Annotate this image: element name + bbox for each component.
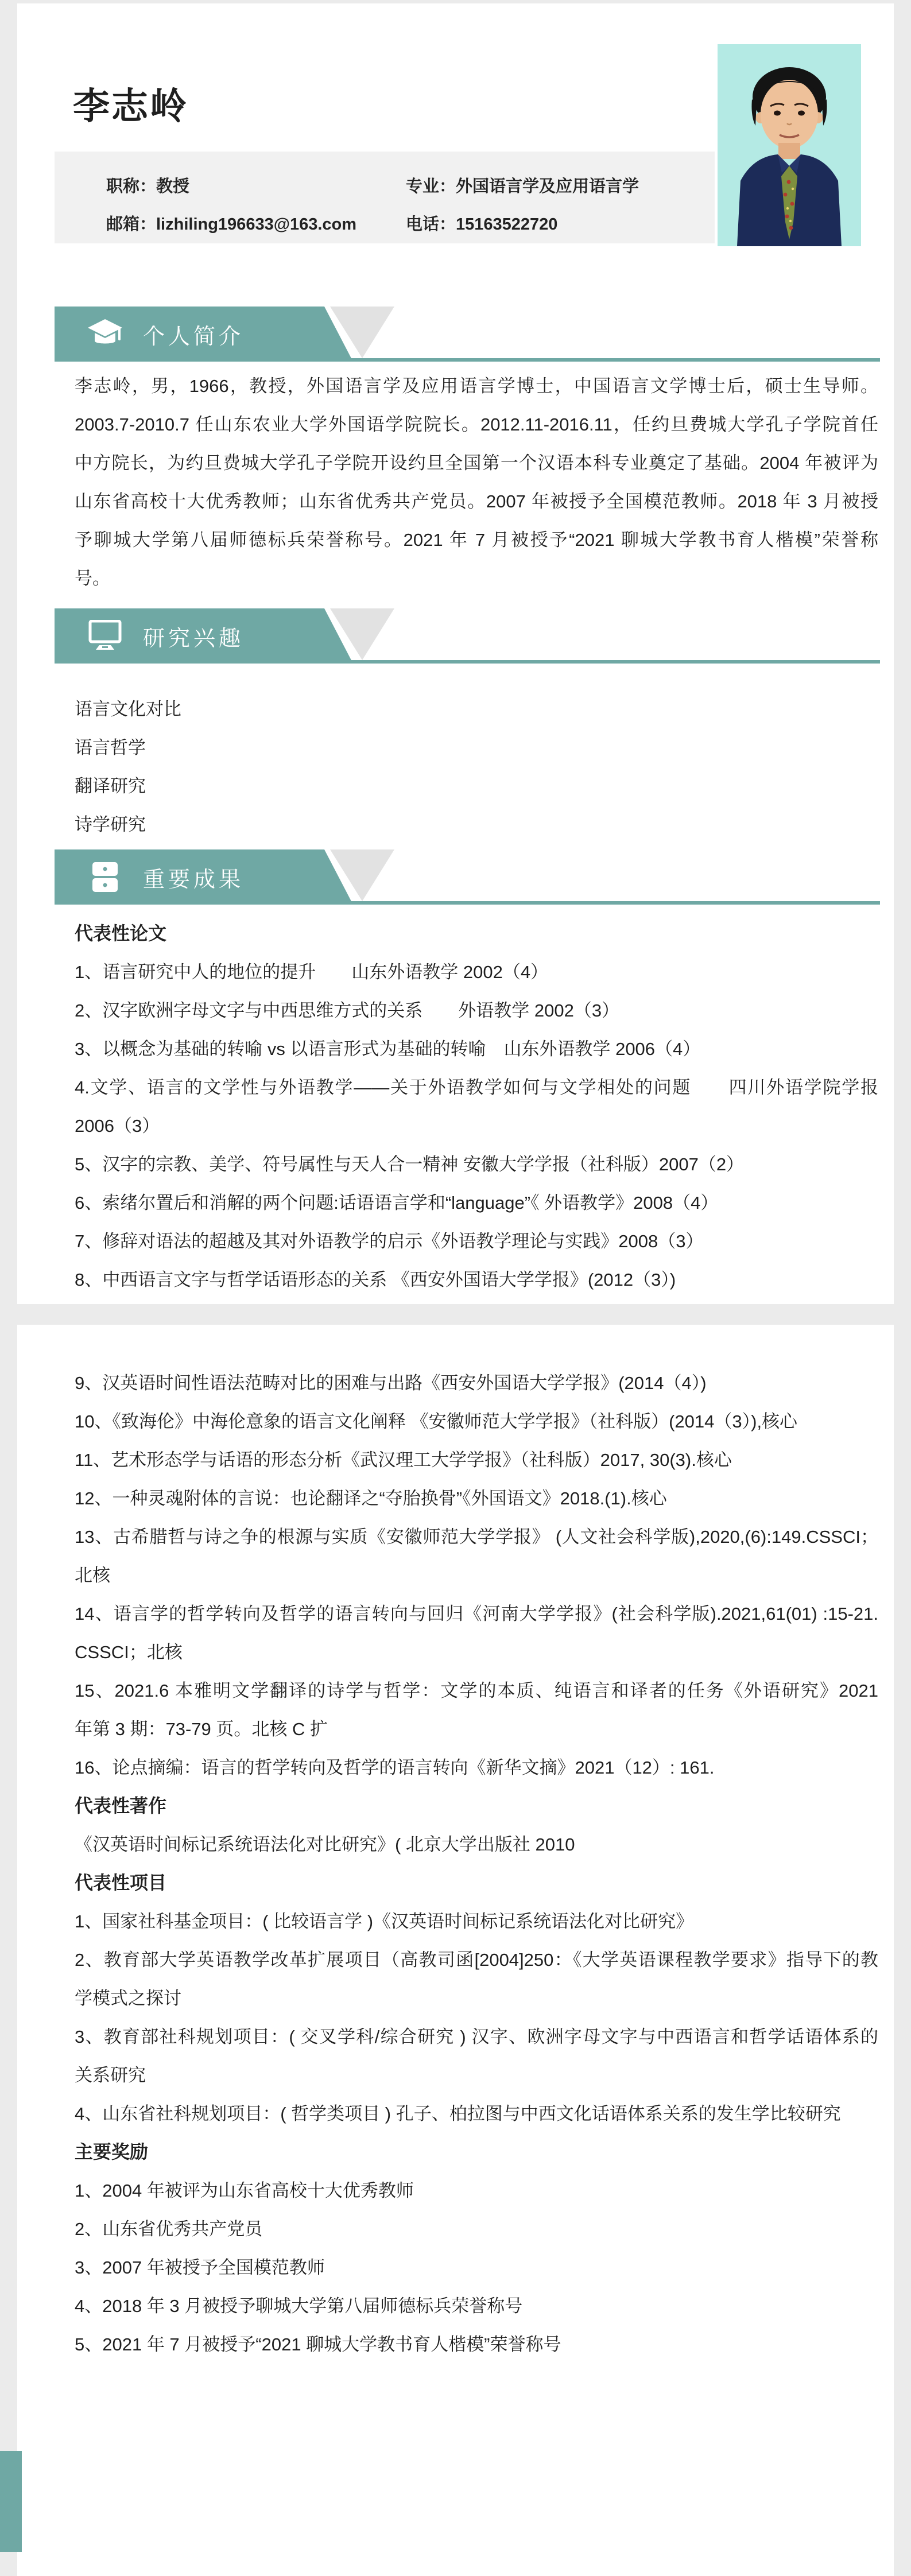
section-header-personal: 个人简介	[17, 307, 894, 366]
footer-accent-strip	[0, 2451, 22, 2552]
award-item: 5、2021 年 7 月被授予“2021 聊城大学教书育人楷模”荣誉称号	[75, 2325, 878, 2364]
book-item: 《汉英语时间标记系统语法化对比研究》( 北京大学出版社 2010	[75, 1825, 878, 1864]
section-title: 研究兴趣	[143, 620, 244, 652]
paper-item: 14、语言学的哲学转向及哲学的语言转向与回归《河南大学学报》(社会科学版).20…	[75, 1595, 878, 1633]
monitor-icon	[87, 620, 123, 652]
paper-item: 15、2021.6 本雅明文学翻译的诗学与哲学：文学的本质、纯语言和译者的任务《…	[75, 1671, 878, 1710]
paper-item: 8、中西语言文字与哲学话语形态的关系 《西安外国语大学学报》(2012（3）)	[75, 1260, 878, 1299]
section-rule	[316, 660, 880, 664]
paper-item: 4.文学、语言的文学性与外语教学——关于外语教学如何与文学相处的问题 四川外语学…	[75, 1068, 878, 1107]
paper-item: 5、汉字的宗教、美学、符号属性与天人合一精神 安徽大学学报（社科版）2007（2…	[75, 1145, 878, 1184]
job-title: 职称：教授	[106, 173, 189, 197]
project-item: 3、教育部社科规划项目：( 交叉学科/综合研究 ) 汉字、欧洲字母文字与中西语言…	[75, 2018, 878, 2056]
section-header-achievements: 重要成果	[17, 849, 894, 909]
section-tab: 个人简介	[55, 307, 353, 362]
phone-field: 电话：15163522720	[406, 211, 557, 235]
paper-item: 11、艺术形态学与话语的形态分析《武汉理工大学学报》（社科版）2017, 30(…	[75, 1441, 878, 1479]
award-item: 2、山东省优秀共产党员	[75, 2210, 878, 2248]
section-rule	[316, 358, 880, 362]
paper-item: 1、语言研究中人的地位的提升 山东外语教学 2002（4）	[75, 953, 878, 991]
subsection-heading-projects: 代表性项目	[75, 1864, 878, 1902]
interest-item: 诗学研究	[75, 805, 878, 844]
paper-item: 7、修辞对语法的超越及其对外语教学的启示《外语教学理论与实践》2008（3）	[75, 1222, 878, 1260]
paper-item: 12、一种灵魂附体的言说：也论翻译之“夺胎换骨”《外国语文》2018.(1).核…	[75, 1479, 878, 1518]
award-item: 1、2004 年被评为山东省高校十大优秀教师	[75, 2171, 878, 2210]
paper-item-continuation: 北核	[75, 1556, 878, 1595]
page-title: 李志岭	[73, 77, 188, 130]
paper-item: 3、以概念为基础的转喻 vs 以语言形式为基础的转喻 山东外语教学 2006（4…	[75, 1030, 878, 1068]
paper-item: 13、古希腊哲与诗之争的根源与实质《安徽师范大学学报》 (人文社会科学版),20…	[75, 1518, 878, 1556]
subsection-heading-awards: 主要奖励	[75, 2133, 878, 2171]
papers-list-part2: 9、汉英语时间性语法范畴对比的困难与出路《西安外国语大学学报》(2014（4）)…	[75, 1364, 878, 2364]
interest-item: 语言文化对比	[75, 690, 878, 728]
major-field: 专业：外国语言学及应用语言学	[406, 173, 639, 197]
project-item: 2、教育部大学英语教学改革扩展项目（高教司函[2004]250：《大学英语课程教…	[75, 1941, 878, 1979]
profile-line: 号。	[75, 559, 878, 598]
papers-list-part1: 代表性论文 1、语言研究中人的地位的提升 山东外语教学 2002（4） 2、汉字…	[75, 914, 878, 1299]
section-tab: 重要成果	[55, 849, 353, 905]
interest-item: 语言哲学	[75, 728, 878, 767]
paper-item-continuation: 2006（3）	[75, 1107, 878, 1145]
contact-info-box: 职称：教授 专业：外国语言学及应用语言学 邮箱：lizhiling196633@…	[55, 152, 715, 243]
archive-icon	[87, 861, 123, 893]
section-header-interests: 研究兴趣	[17, 608, 894, 668]
profile-line: 2003.7-2010.7 任山东农业大学外国语学院院长。2012.11-201…	[75, 405, 878, 444]
research-interests-list: 语言文化对比 语言哲学 翻译研究 诗学研究	[75, 690, 878, 844]
project-item: 1、国家社科基金项目：( 比较语言学 )《汉英语时间标记系统语法化对比研究》	[75, 1902, 878, 1941]
paper-item-continuation: 年第 3 期：73-79 页。北核 C 扩	[75, 1710, 878, 1748]
award-item: 3、2007 年被授予全国模范教师	[75, 2248, 878, 2287]
personal-profile-text: 李志岭，男，1966，教授，外国语言学及应用语言学博士，中国语言文学博士后，硕士…	[75, 367, 878, 598]
email-field: 邮箱：lizhiling196633@163.com	[106, 211, 356, 235]
profile-line: 李志岭，男，1966，教授，外国语言学及应用语言学博士，中国语言文学博士后，硕士…	[75, 367, 878, 405]
paper-item: 16、论点摘编：语言的哲学转向及哲学的语言转向《新华文摘》2021（12）: 1…	[75, 1748, 878, 1787]
section-tab: 研究兴趣	[55, 608, 353, 664]
paper-item: 10、《致海伦》中海伦意象的语言文化阐释 《安徽师范大学学报》（社科版）(201…	[75, 1402, 878, 1441]
profile-line: 予聊城大学第八届师德标兵荣誉称号。2021 年 7 月被授予“2021 聊城大学…	[75, 521, 878, 559]
page-sheet-2: 9、汉英语时间性语法范畴对比的困难与出路《西安外国语大学学报》(2014（4）)…	[17, 1325, 894, 2576]
project-item-continuation: 学模式之探讨	[75, 1979, 878, 2018]
graduation-cap-icon	[87, 318, 123, 350]
section-title: 个人简介	[143, 319, 244, 350]
section-rule	[316, 901, 880, 905]
resume-page: 李志岭 职称：教授 专业：外国语言学及应用语言学 邮箱：lizhiling196…	[0, 0, 911, 2576]
paper-item: 6、索绪尔置后和消解的两个问题:话语语言学和“language”《 外语教学》2…	[75, 1184, 878, 1222]
page-gap	[0, 1304, 911, 1325]
subsection-heading-papers: 代表性论文	[75, 914, 878, 953]
interest-item: 翻译研究	[75, 767, 878, 805]
section-title: 重要成果	[143, 862, 244, 893]
profile-line: 中方院长，为约旦费城大学孔子学院开设约旦全国第一个汉语本科专业奠定了基础。200…	[75, 444, 878, 482]
subsection-heading-works: 代表性著作	[75, 1787, 878, 1825]
award-item: 4、2018 年 3 月被授予聊城大学第八届师德标兵荣誉称号	[75, 2287, 878, 2325]
paper-item: 9、汉英语时间性语法范畴对比的困难与出路《西安外国语大学学报》(2014（4）)	[75, 1364, 878, 1402]
profile-photo	[718, 44, 861, 246]
project-item-continuation: 关系研究	[75, 2056, 878, 2094]
paper-item-continuation: CSSCI；北核	[75, 1633, 878, 1671]
profile-line: 山东省高校十大优秀教师；山东省优秀共产党员。2007 年被授予全国模范教师。20…	[75, 482, 878, 521]
paper-item: 2、汉字欧洲字母文字与中西思维方式的关系 外语教学 2002（3）	[75, 991, 878, 1030]
project-item: 4、山东省社科规划项目：( 哲学类项目 ) 孔子、柏拉图与中西文化话语体系关系的…	[75, 2094, 878, 2133]
page-sheet-1: 李志岭 职称：教授 专业：外国语言学及应用语言学 邮箱：lizhiling196…	[17, 3, 894, 1304]
